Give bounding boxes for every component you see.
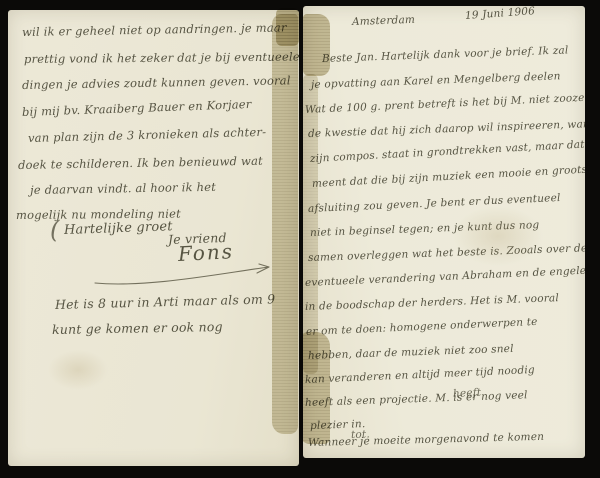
- closing-flourish-glyph: (: [50, 216, 60, 244]
- handwritten-line: Wat de 100 g. prent betreft is het bij M…: [305, 91, 585, 116]
- letter-place: Amsterdam: [352, 14, 416, 28]
- handwritten-line: van plan zijn de 3 kronieken als achter-: [28, 125, 267, 145]
- handwritten-line: Beste Jan. Hartelijk dank voor je brief.…: [322, 44, 569, 65]
- tape-strip: [300, 332, 330, 444]
- tape-strip: [303, 14, 330, 76]
- handwritten-line: kan veranderen en altijd meer tijd noodi…: [305, 364, 535, 386]
- handwritten-line: bij mij bv. Kraaiberg Bauer en Korjaer: [22, 97, 252, 119]
- handwritten-line: Wanneer je moeite morgenavond te komen: [308, 431, 544, 449]
- handwritten-line: heeft als een projectie. M. is er nog ve…: [305, 389, 528, 409]
- handwritten-line: je daarvan vindt. al hoor ik het: [30, 180, 216, 197]
- handwritten-line: meent dat die bij zijn muziek een mooie …: [312, 163, 585, 190]
- postscript-line: kunt ge komen er ook nog: [52, 319, 223, 337]
- letter-scan: wil ik er geheel niet op aandringen. je …: [0, 0, 600, 478]
- letter-date: 19 Juni 1906: [465, 6, 536, 22]
- handwritten-line: er om te doen: homogene onderwerpen te: [306, 316, 538, 338]
- interlinear-insertion: heeft: [453, 387, 482, 400]
- paper-stain: [453, 206, 543, 266]
- handwritten-line: zijn compos. staat in grondtrekken vast,…: [310, 138, 585, 165]
- tape-strip: [272, 14, 298, 434]
- handwritten-line: dingen je advies zoudt kunnen geven. voo…: [22, 73, 291, 92]
- handwritten-line: in de boodschap der herders. Het is M. v…: [305, 292, 559, 313]
- paper-stain: [48, 350, 108, 390]
- handwritten-line: de kwestie dat hij zich daarop wil inspi…: [308, 118, 585, 140]
- handwritten-line: wil ik er geheel niet op aandringen. je …: [22, 20, 287, 39]
- handwritten-line: je opvatting aan Karel en Mengelberg dee…: [311, 70, 561, 91]
- letter-page-left: wil ik er geheel niet op aandringen. je …: [8, 10, 299, 466]
- tape-strip: [276, 8, 299, 46]
- handwritten-line: hebben, daar de muziek niet zoo snel: [308, 343, 514, 362]
- letter-page-right: Amsterdam 19 Juni 1906 Beste Jan. Hartel…: [303, 6, 585, 458]
- handwritten-line: eventueele verandering van Abraham en de…: [305, 264, 585, 289]
- signature-flourish: [93, 257, 288, 291]
- handwritten-line: doek te schilderen. Ik ben benieuwd wat: [18, 154, 263, 172]
- handwritten-line: prettig vond ik het zeker dat je bij eve…: [24, 50, 299, 66]
- tape-strip: [303, 74, 318, 374]
- handwritten-line: samen overleggen wat het beste is. Zooal…: [308, 242, 585, 264]
- closing-line: Hartelijke groet: [64, 219, 173, 238]
- postscript-line: Het is 8 uur in Arti maar als om 9: [55, 291, 276, 312]
- interlinear-insertion: tot.: [351, 428, 370, 441]
